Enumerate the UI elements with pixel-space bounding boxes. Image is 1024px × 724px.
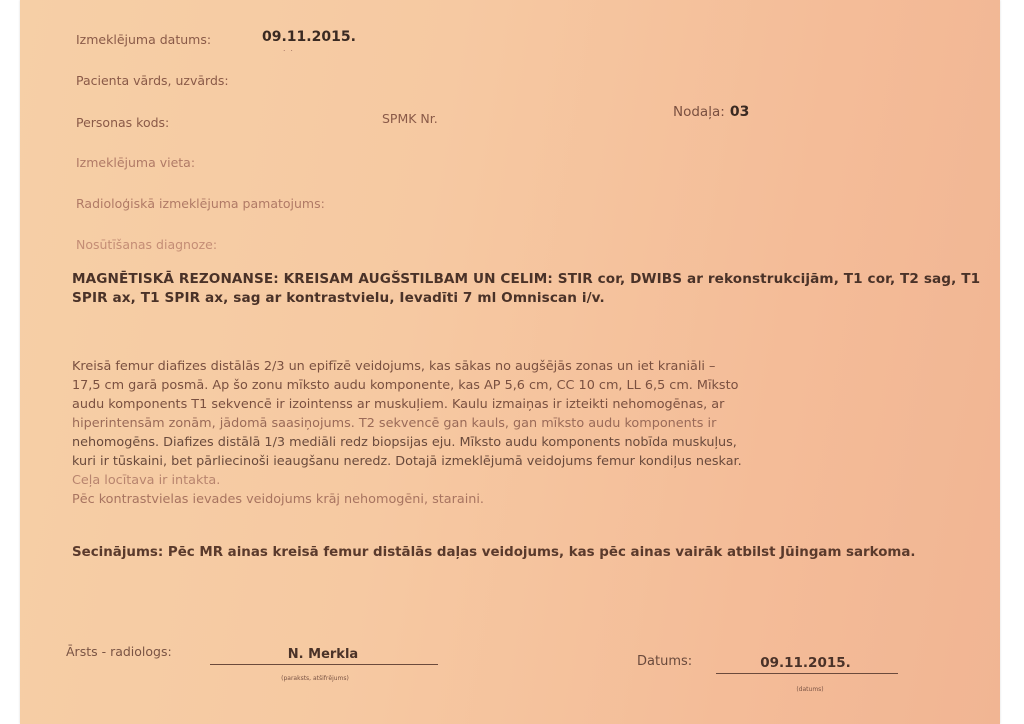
department-label: Nodaļa:	[673, 104, 725, 120]
exam-place-label: Izmeklējuma vieta:	[76, 155, 195, 170]
justification-label: Radioloģiskā izmeklējuma pamatojums:	[76, 196, 325, 211]
radiologist-name: N. Merkla	[210, 647, 436, 662]
referral-diagnosis-label: Nosūtīšanas diagnoze:	[76, 237, 217, 252]
study-title: MAGNĒTISKĀ REZONANSE: KREISAM AUGŠSTILBA…	[72, 270, 982, 308]
findings-text: Kreisā femur diafizes distālās 2/3 un ep…	[72, 357, 982, 509]
exam-date-value: 09.11.2015.	[262, 29, 356, 45]
radiologist-signature-line	[210, 664, 438, 665]
dot-marks: ˙ ˙	[282, 50, 294, 60]
findings-line: Kreisā femur diafizes distālās 2/3 un ep…	[72, 357, 982, 376]
date-caption: (datums)	[780, 686, 840, 693]
patient-name-label: Pacienta vārds, uzvārds:	[76, 73, 229, 88]
findings-line: Pēc kontrastvielas ievades veidojums krā…	[72, 490, 982, 509]
spmk-label: SPMK Nr.	[382, 111, 438, 126]
radiologist-caption: (paraksts, atšifrējums)	[240, 675, 390, 682]
findings-line: audu komponents T1 sekvencē ir izointens…	[72, 395, 982, 414]
date-value: 09.11.2015.	[718, 655, 893, 671]
findings-line: nehomogēns. Diafizes distālā 1/3 mediāli…	[72, 433, 982, 452]
findings-line: kuri ir tūskaini, bet pārliecinoši ieaug…	[72, 452, 982, 471]
findings-line: Ceļa locītava ir intakta.	[72, 471, 982, 490]
conclusion-text: Secinājums: Pēc MR ainas kreisā femur di…	[72, 543, 982, 562]
findings-line: hiperintensām zonām, jādomā saasiņojums.…	[72, 414, 982, 433]
department-value: 03	[730, 104, 749, 120]
date-signature-line	[716, 673, 898, 674]
date-label: Datums:	[637, 654, 692, 669]
radiologist-label: Ārsts - radiologs:	[66, 644, 172, 659]
personal-code-label: Personas kods:	[76, 115, 169, 130]
findings-line: 17,5 cm garā posmā. Ap šo zonu mīksto au…	[72, 376, 982, 395]
exam-date-label: Izmeklējuma datums:	[76, 32, 211, 47]
department-field: Nodaļa: 03	[673, 101, 749, 120]
